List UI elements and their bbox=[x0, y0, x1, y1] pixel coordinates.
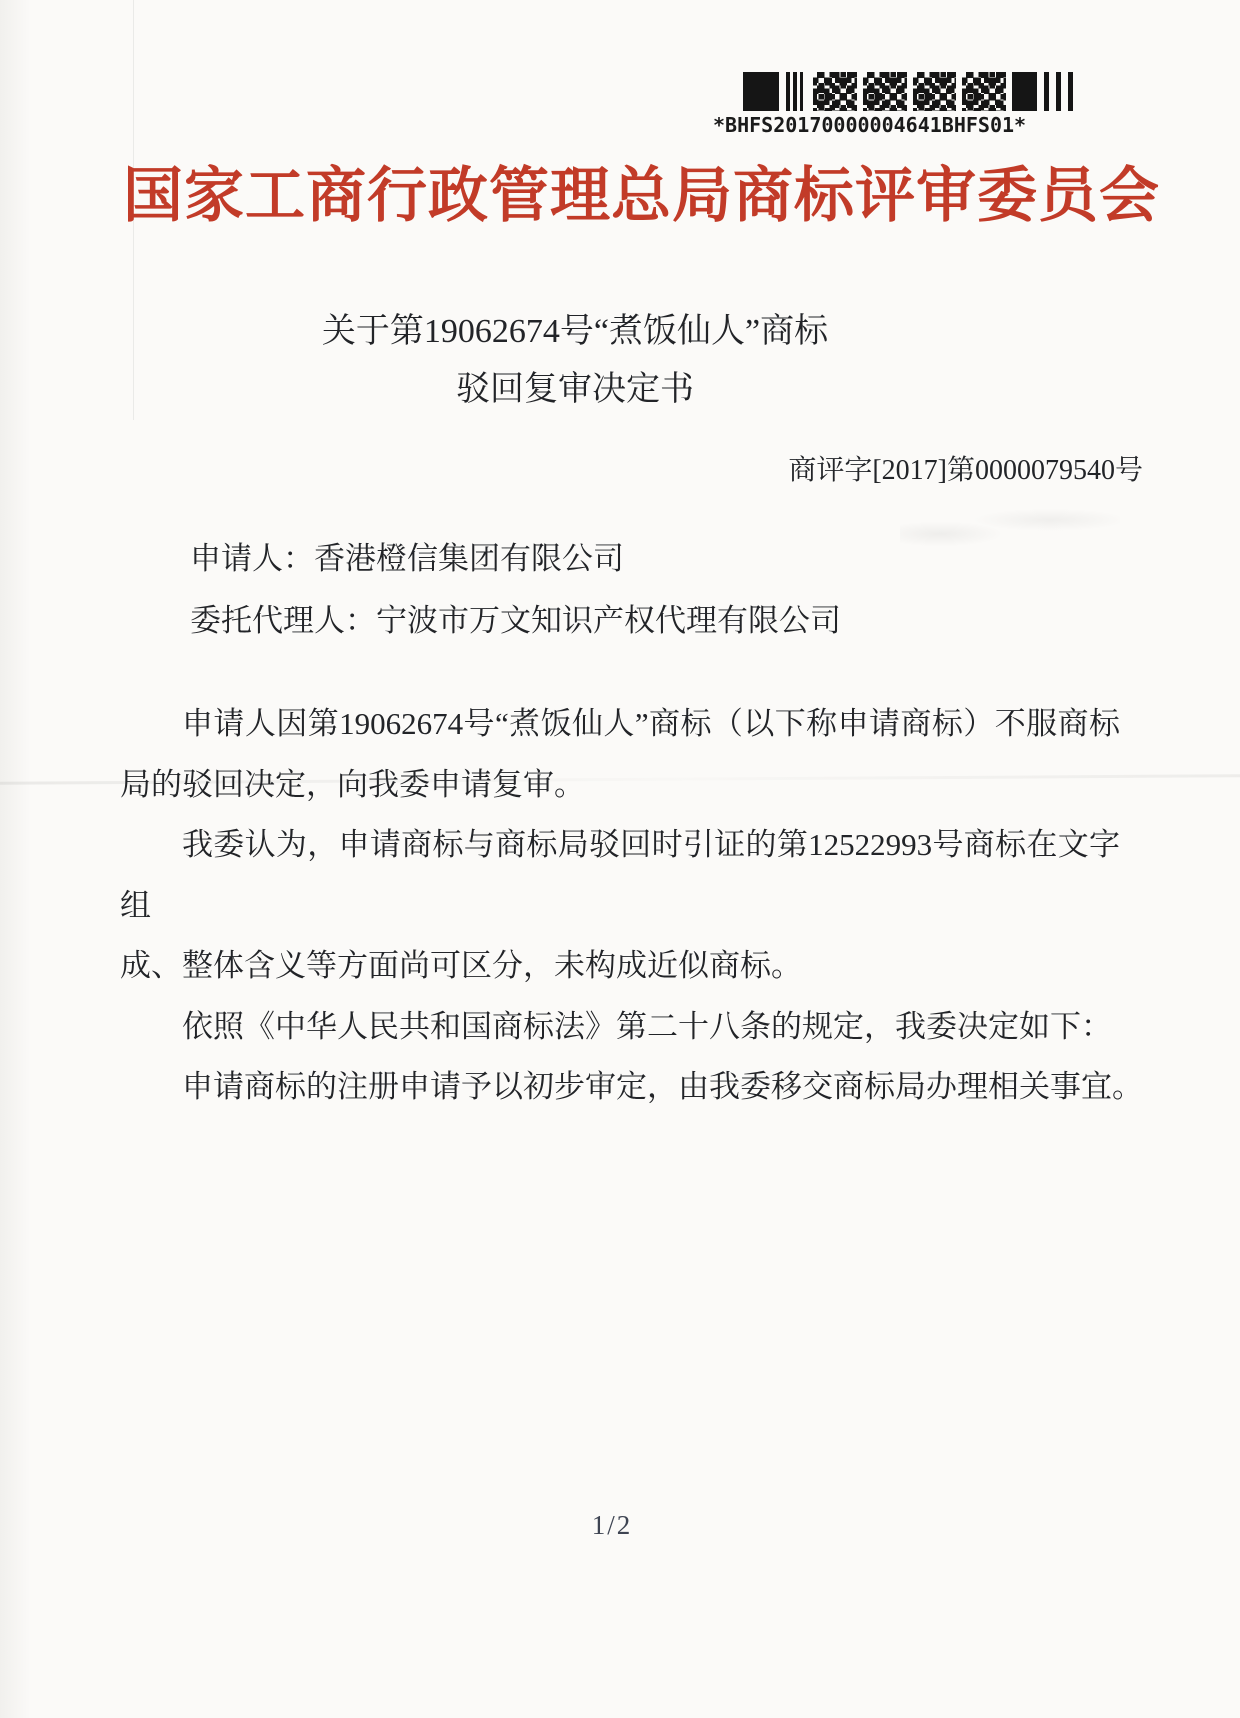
body-line: 我委认为，申请商标与商标局驳回时引证的第12522993号商标在文字组 bbox=[120, 815, 1120, 936]
scan-edge-shading bbox=[0, 0, 36, 1718]
agent-line: 委托代理人：宁波市万文知识产权代理有限公司 bbox=[190, 590, 841, 652]
body-line: 局的驳回决定，向我委申请复审。 bbox=[120, 755, 1120, 816]
decision-body: 申请人因第19062674号“煮饭仙人”商标（以下称申请商标）不服商标 局的驳回… bbox=[120, 694, 1120, 1118]
issuing-authority-title: 国家工商行政管理总局商标评审委员会 bbox=[123, 148, 1113, 234]
barcode-number: *BHFS20170000004641BHFS01* bbox=[713, 113, 1073, 137]
barcode-block: *BHFS20170000004641BHFS01* bbox=[743, 72, 1073, 137]
body-line: 申请商标的注册申请予以初步审定，由我委移交商标局办理相关事宜。 bbox=[120, 1057, 1120, 1118]
barcode-matrix-segment bbox=[913, 72, 957, 111]
scanned-document-page: *BHFS20170000004641BHFS01* 国家工商行政管理总局商标评… bbox=[0, 0, 1240, 1718]
document-title-line2: 驳回复审决定书 bbox=[0, 361, 1150, 419]
party-block: 申请人：香港橙信集团有限公司 委托代理人：宁波市万文知识产权代理有限公司 bbox=[190, 528, 841, 652]
page-number: 1/2 bbox=[0, 1510, 1224, 1541]
document-title: 关于第19062674号“煮饭仙人”商标 驳回复审决定书 bbox=[0, 303, 1150, 419]
document-title-line1: 关于第19062674号“煮饭仙人”商标 bbox=[0, 303, 1150, 361]
barcode-end-block bbox=[1012, 72, 1037, 111]
barcode-bars-icon bbox=[786, 72, 802, 111]
body-line: 申请人因第19062674号“煮饭仙人”商标（以下称申请商标）不服商标 bbox=[120, 694, 1120, 755]
paper-wrinkle bbox=[900, 490, 1120, 560]
applicant-line: 申请人：香港橙信集团有限公司 bbox=[190, 528, 841, 590]
barcode-matrix-segment bbox=[813, 72, 857, 111]
barcode-image bbox=[743, 72, 1073, 111]
reference-number: 商评字[2017]第0000079540号 bbox=[788, 448, 1143, 488]
barcode-bars-icon bbox=[1044, 72, 1073, 111]
body-line: 依照《中华人民共和国商标法》第二十八条的规定，我委决定如下： bbox=[120, 997, 1120, 1058]
body-line: 成、整体含义等方面尚可区分，未构成近似商标。 bbox=[120, 936, 1120, 997]
barcode-matrix-segment bbox=[863, 72, 907, 111]
barcode-start-block bbox=[743, 72, 779, 111]
barcode-matrix-segment bbox=[962, 72, 1006, 111]
